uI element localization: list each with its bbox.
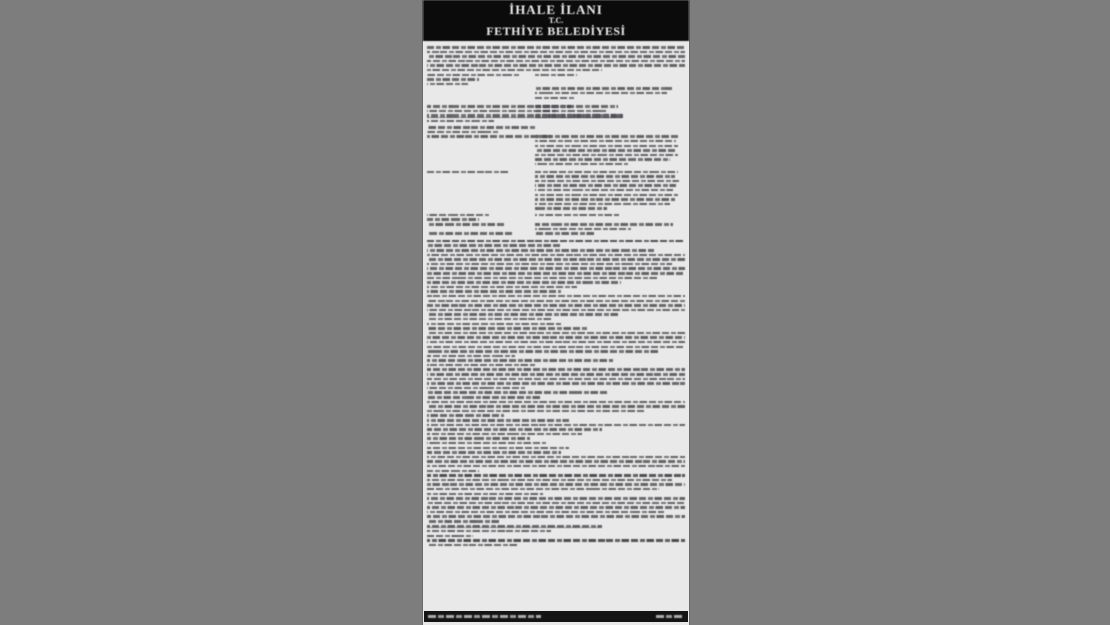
label-value-row (427, 232, 685, 237)
text-line (427, 359, 613, 362)
text-line (535, 175, 674, 178)
paragraph (427, 497, 685, 513)
text-line (427, 64, 685, 67)
paragraph (427, 474, 685, 481)
paragraph (427, 327, 685, 330)
label-value-row (427, 135, 685, 167)
text-line (427, 323, 561, 326)
text-line (427, 232, 512, 235)
text-line (427, 244, 561, 247)
document-footer-bar (424, 611, 688, 622)
text-line (535, 223, 673, 226)
text-line (427, 391, 608, 394)
text-line (535, 105, 617, 108)
text-line (427, 309, 685, 312)
paragraph (427, 46, 685, 71)
paragraph (427, 286, 685, 289)
text-line (535, 135, 679, 138)
paragraph (427, 447, 685, 450)
text-line (427, 382, 685, 385)
text-line (427, 83, 468, 86)
paragraph (427, 535, 685, 538)
text-line (427, 479, 672, 482)
text-line (427, 497, 685, 500)
row-value (535, 135, 685, 167)
text-line (427, 544, 517, 547)
paragraph (427, 419, 685, 422)
text-line (427, 336, 685, 339)
text-line (427, 290, 561, 293)
paragraph (427, 515, 685, 522)
paragraph (427, 323, 685, 326)
row-label (427, 232, 535, 237)
text-line (427, 78, 479, 81)
text-line (427, 51, 685, 54)
text-line (427, 428, 602, 431)
text-line (427, 451, 561, 454)
text-line (535, 203, 670, 206)
text-line (427, 419, 569, 422)
row-label (427, 171, 535, 212)
text-line (427, 60, 685, 63)
text-line (535, 180, 679, 183)
footer-imprint-left (428, 615, 541, 618)
text-line (427, 405, 685, 408)
text-line (535, 198, 674, 201)
paragraph (427, 442, 685, 445)
text-line (427, 171, 510, 174)
text-line (427, 465, 685, 468)
paragraph (427, 254, 685, 266)
text-line (535, 158, 670, 161)
text-line (427, 414, 504, 417)
text-line (427, 327, 587, 330)
text-line (535, 232, 595, 235)
text-line (535, 154, 677, 157)
text-line (427, 120, 494, 123)
row-label (427, 223, 535, 232)
document-masthead: İHALE İLANI T.C. FETHİYE BELEDİYESİ (423, 0, 689, 41)
text-line (427, 456, 685, 459)
row-label (427, 87, 535, 101)
text-line (427, 493, 543, 496)
paragraph (427, 433, 685, 436)
text-line (535, 97, 574, 100)
text-line (427, 378, 685, 381)
text-line (427, 300, 685, 303)
text-line (427, 437, 530, 440)
text-line (535, 87, 673, 90)
text-line (427, 281, 621, 284)
row-label (427, 135, 535, 167)
text-line (427, 74, 520, 77)
row-label (427, 120, 535, 125)
text-line (427, 368, 685, 371)
text-line (427, 460, 685, 463)
text-line (535, 207, 607, 210)
paragraph (427, 364, 685, 367)
text-line (427, 520, 499, 523)
footer-imprint-right (656, 615, 684, 618)
text-line (427, 55, 685, 58)
text-line (427, 332, 685, 335)
text-line (427, 442, 546, 445)
text-line (427, 511, 664, 514)
text-line (427, 350, 659, 353)
document-body-text (423, 43, 689, 609)
paragraph (427, 437, 685, 440)
paragraph (427, 240, 685, 247)
paragraph (427, 249, 685, 252)
text-line (427, 254, 685, 257)
paragraph (427, 401, 685, 417)
text-line (427, 506, 685, 509)
text-line (427, 126, 535, 129)
text-line (427, 373, 685, 376)
text-line (427, 530, 551, 533)
text-line (427, 346, 685, 349)
text-line (427, 396, 541, 399)
text-line (535, 189, 673, 192)
paragraph (427, 295, 685, 316)
text-line (427, 318, 551, 321)
row-value (535, 171, 685, 212)
label-value-row (427, 223, 685, 232)
text-line (427, 131, 499, 134)
text-line (427, 488, 659, 491)
text-line (427, 539, 685, 542)
text-line (535, 214, 619, 217)
text-line (427, 218, 479, 221)
text-line (427, 223, 504, 226)
row-value (535, 223, 685, 232)
text-line (427, 535, 473, 538)
row-value (535, 120, 685, 125)
paragraph (427, 290, 685, 293)
paragraph (427, 530, 685, 533)
text-line (427, 410, 646, 413)
text-line (427, 46, 685, 49)
text-line (535, 163, 628, 166)
text-line (535, 171, 677, 174)
text-line (427, 355, 515, 358)
label-value-row (427, 120, 685, 125)
label-value-row (427, 171, 685, 212)
text-line (427, 272, 685, 275)
text-line (535, 194, 677, 197)
paragraph (427, 483, 685, 495)
text-line (427, 214, 489, 217)
paragraph (427, 332, 685, 357)
paragraph (427, 396, 685, 399)
text-line (427, 295, 685, 298)
text-line (427, 502, 685, 505)
text-line (427, 69, 602, 72)
text-line (427, 341, 685, 344)
paragraph (427, 318, 685, 321)
text-line (535, 149, 674, 152)
text-line (427, 470, 479, 473)
text-line (535, 110, 607, 113)
paragraph (427, 368, 685, 389)
text-line (427, 313, 618, 316)
paragraph (427, 359, 685, 362)
label-value-row (427, 87, 685, 101)
text-line (427, 401, 685, 404)
text-line (535, 140, 676, 143)
text-line (427, 286, 577, 289)
paragraph (427, 267, 685, 279)
row-value (535, 87, 685, 101)
text-line (535, 74, 577, 77)
paragraph (427, 391, 685, 394)
paragraph (427, 525, 685, 528)
row-value (535, 232, 685, 237)
text-line (427, 525, 602, 528)
text-line (427, 258, 685, 261)
masthead-title: İHALE İLANI (423, 3, 689, 16)
text-line (427, 277, 659, 280)
paragraph (427, 281, 685, 284)
text-line (427, 433, 582, 436)
text-line (427, 263, 672, 266)
paragraph (427, 451, 685, 454)
paragraph (427, 424, 685, 431)
paragraph (427, 539, 685, 546)
text-line (427, 515, 685, 518)
text-line (427, 304, 685, 307)
text-line (535, 145, 677, 148)
text-line (427, 135, 551, 138)
text-line (427, 240, 685, 243)
text-line (427, 249, 654, 252)
text-line (535, 92, 667, 95)
text-line (427, 387, 525, 390)
text-line (427, 267, 685, 270)
letterboxed-scan-background: İHALE İLANI T.C. FETHİYE BELEDİYESİ (0, 0, 1110, 625)
text-line (427, 424, 685, 427)
paragraph (427, 456, 685, 472)
text-line (427, 364, 535, 367)
text-line (535, 114, 622, 117)
text-line (535, 184, 676, 187)
text-line (427, 483, 685, 486)
text-line (427, 447, 569, 450)
masthead-municipality: FETHİYE BELEDİYESİ (423, 25, 689, 38)
text-line (535, 228, 631, 231)
tender-document: İHALE İLANI T.C. FETHİYE BELEDİYESİ (423, 0, 689, 625)
text-line (427, 474, 685, 477)
